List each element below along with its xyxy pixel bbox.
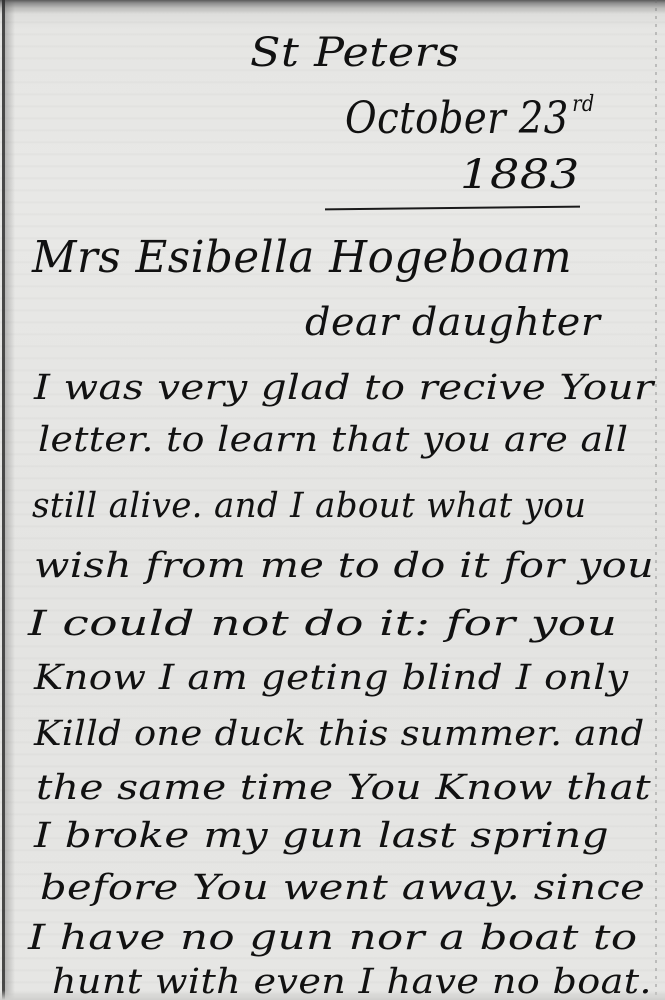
body-line-7: Killd one duck this summer. and	[34, 714, 645, 754]
body-line-11: I have no gun nor a boat to	[28, 918, 638, 958]
body-line-10: before You went away. since	[40, 868, 645, 908]
body-line-3: still alive. and I about what you	[32, 486, 586, 526]
body-line-4: wish from me to do it for you	[34, 546, 654, 586]
letter-body: I was very glad to recive Your letter. t…	[0, 0, 665, 1000]
body-line-6: Know I am geting blind I only	[34, 658, 628, 698]
body-line-9: I broke my gun last spring	[34, 816, 609, 856]
body-line-5: I could not do it: for you	[28, 604, 617, 644]
body-line-12: hunt with even I have no boat.	[52, 962, 652, 1000]
body-line-8: the same time You Know that	[36, 768, 651, 808]
letter-page: St Peters October 23rd 1883 Mrs Esibella…	[0, 0, 665, 1000]
body-line-2: letter. to learn that you are all	[38, 420, 628, 460]
body-line-1: I was very glad to recive Your	[34, 368, 654, 408]
